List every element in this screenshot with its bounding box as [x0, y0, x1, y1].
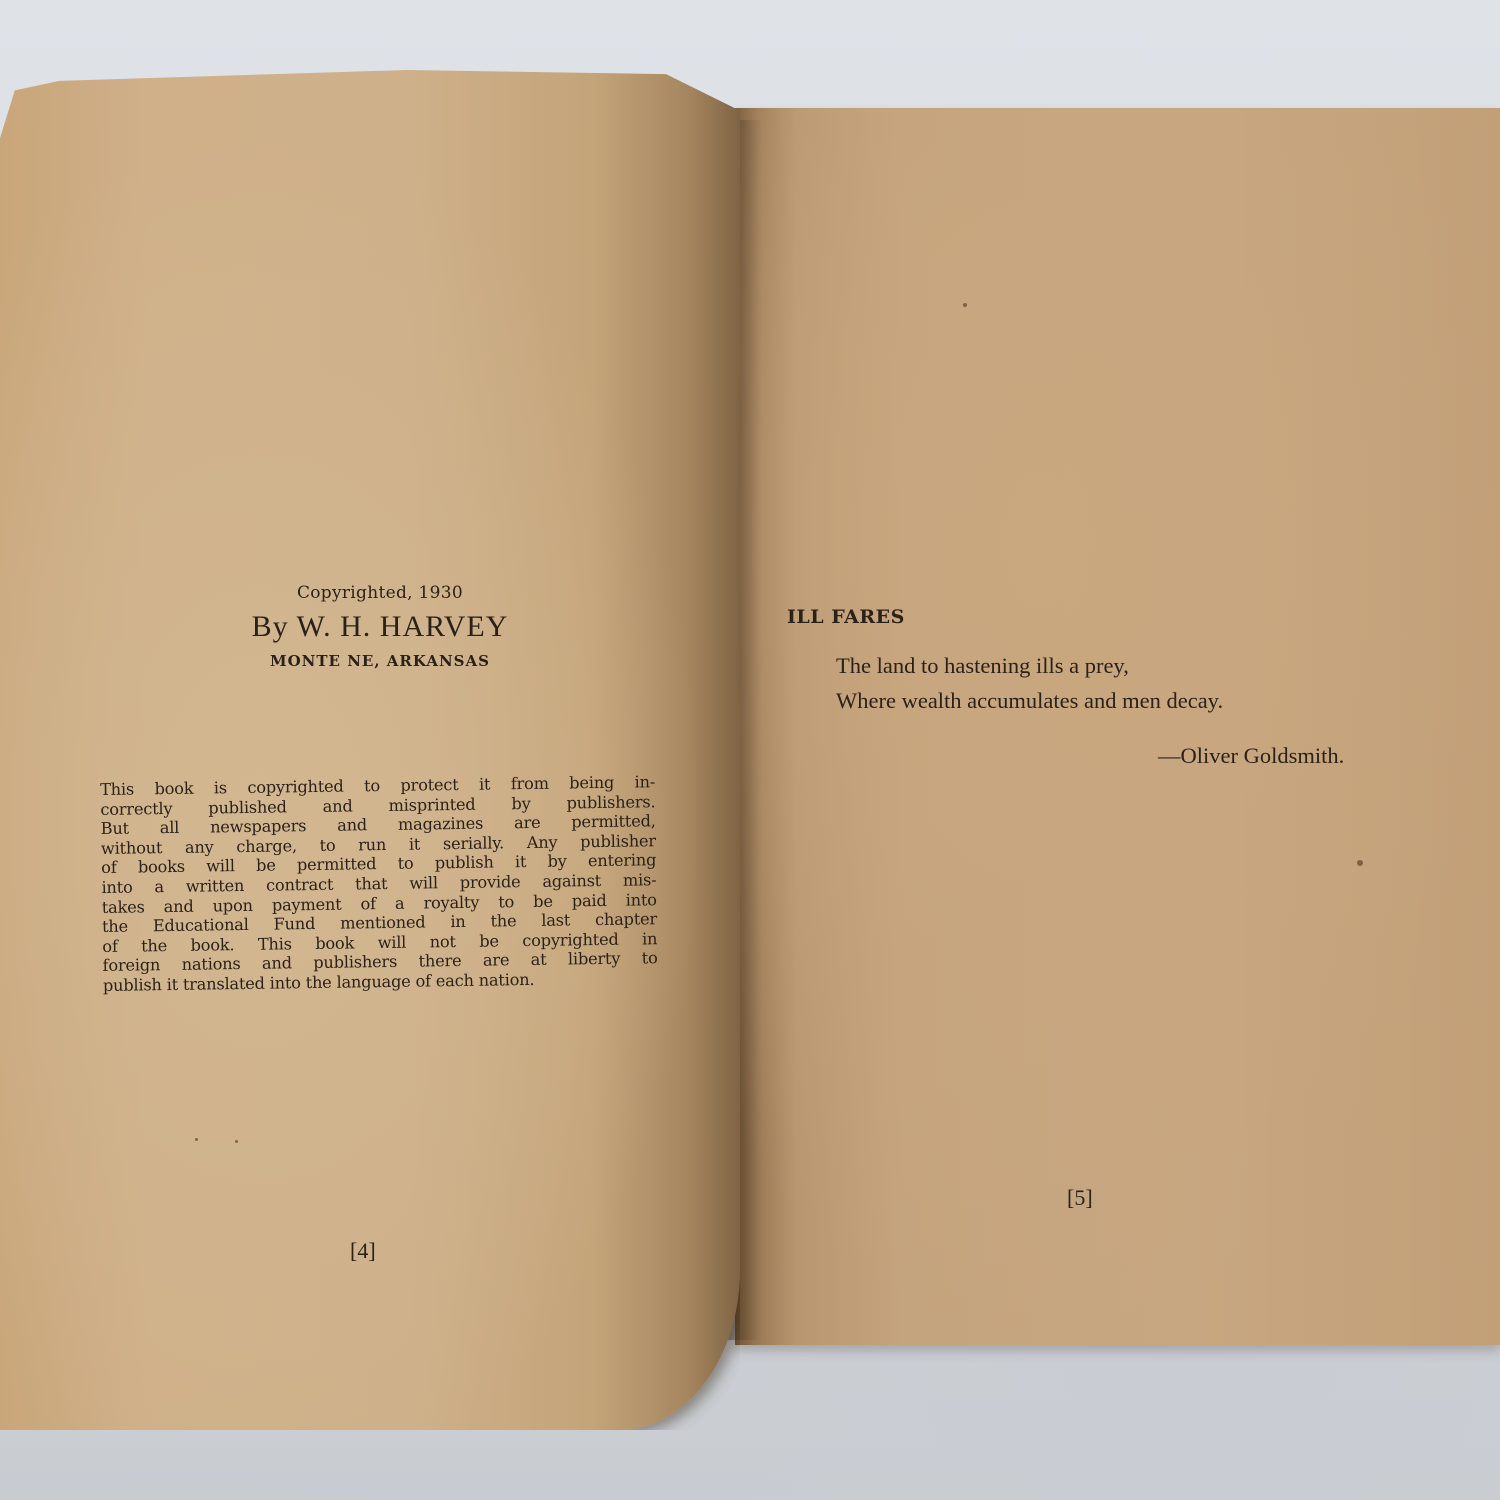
epigraph-verse: The land to hastening ills a prey, Where… — [836, 648, 1223, 718]
right-page — [735, 108, 1500, 1345]
author-name: By W. H. HARVEY — [200, 608, 560, 646]
paper-speck — [235, 1140, 238, 1143]
copyright-notice: This book is copyrighted to protect it f… — [100, 772, 658, 995]
paper-speck — [195, 1138, 198, 1141]
epigraph-title: ILL FARES — [787, 606, 905, 628]
page-number-left: [4] — [350, 1238, 376, 1264]
epigraph-attribution: —Oliver Goldsmith. — [1158, 743, 1344, 769]
paper-speck — [963, 303, 967, 307]
left-page — [0, 70, 740, 1430]
copyright-year: Copyrighted, 1930 — [200, 580, 560, 606]
paper-speck — [1357, 860, 1363, 866]
verse-line: Where wealth accumulates and men decay. — [836, 683, 1223, 718]
copyright-block: Copyrighted, 1930 By W. H. HARVEY MONTE … — [200, 580, 560, 674]
verse-line: The land to hastening ills a prey, — [836, 648, 1223, 683]
author-location: MONTE NE, ARKANSAS — [200, 648, 560, 674]
page-number-right: [5] — [1067, 1185, 1093, 1211]
